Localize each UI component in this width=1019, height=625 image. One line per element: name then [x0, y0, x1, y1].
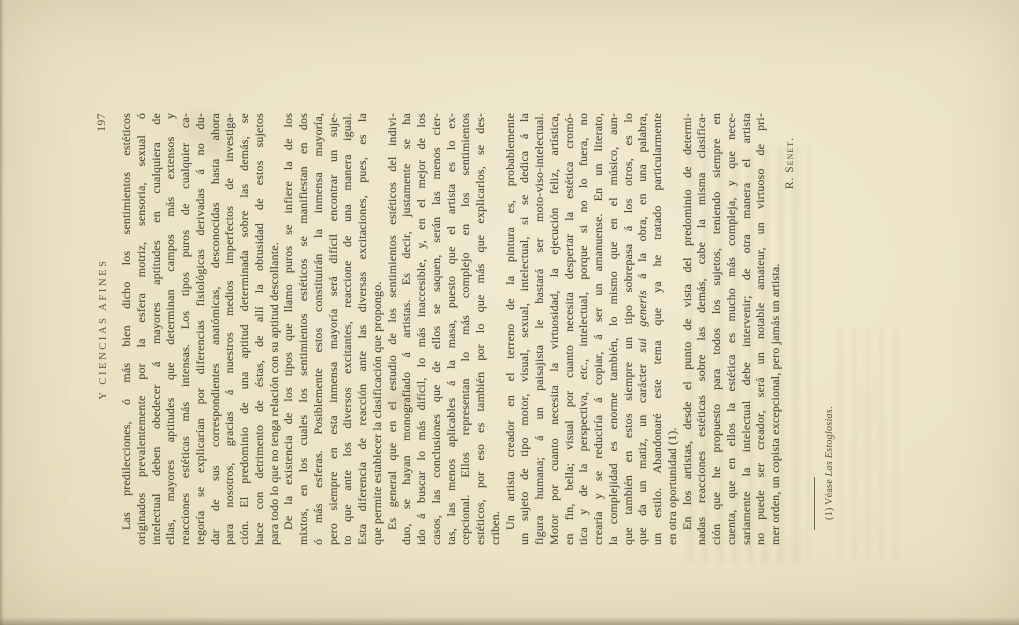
text-line: originados prevalentemente por la esfera… [134, 113, 149, 545]
author-signature: R. Senet. [783, 137, 798, 545]
text-line: mixtos, en los cuales los sentimientos e… [296, 113, 311, 545]
text-line: Es general que en el estudio de los sent… [385, 113, 400, 545]
paragraph: Es general que en el estudio de los sent… [385, 113, 503, 545]
text-line: cepcional. Ellos representan lo más comp… [458, 113, 473, 545]
text-line: figura humana; á un paisajista le bastar… [532, 113, 547, 545]
text-line: en otra oportunidad (1). [665, 113, 680, 545]
text-line: que también en estos siempre un tipo sob… [621, 113, 636, 545]
text-line: ellas, mayores aptitudes que determinan … [163, 113, 178, 545]
text-line: to que ante los diversos excitantes, rea… [340, 113, 355, 545]
text-line: ido á buscar lo más difícil, lo más inac… [414, 113, 429, 545]
text-line: dar de sus correspondientes anatómicas, … [208, 113, 223, 545]
footnote: (1) Véase Las Estoglosias. [824, 113, 836, 520]
paragraph: De la existencia de los tipos que llamo … [281, 113, 384, 545]
running-head-title: Y CIENCIAS AFINES [98, 258, 109, 399]
text-line: no puede ser creador, será un notable am… [753, 113, 768, 545]
page-number: 197 [95, 113, 109, 132]
body-text: Las predilecciones, ó más bien dicho los… [119, 113, 783, 545]
text-line: un sujeto de tipo motor, visual, sexual,… [517, 113, 532, 545]
text-line: sariamente la intelectual debe interveni… [739, 113, 754, 545]
text-line: tica y de la perspectiva, etc., intelect… [576, 113, 591, 545]
text-line: para todo lo que no tenga relación con s… [267, 113, 282, 545]
text-line: que da un matiz, un carácter sui generis… [635, 113, 650, 545]
paragraph: En los artistas, desde el punto de vista… [680, 113, 783, 545]
text-line: criben. [488, 113, 503, 545]
page-rotated-90ccw: Y CIENCIAS AFINES 197 Las predilecciones… [0, 0, 1019, 625]
text-line: duo, se hayan monografiado á artistas. E… [399, 113, 414, 545]
text-line: un estilo. Abandonaré este tema que ya h… [650, 113, 665, 545]
text-line: Un artista creador en el terreno de la p… [503, 113, 518, 545]
text-line: mer orden, un copista excepcional, pero … [768, 113, 783, 545]
text-line: reacciones estéticas más intensas. Los t… [178, 113, 193, 545]
text-line: De la existencia de los tipos que llamo … [281, 113, 296, 545]
text-line: ó más esferas. Posiblemente estos consti… [311, 113, 326, 545]
text-line: ción que he propuesto para todos los suj… [709, 113, 724, 545]
text-line: hace con detrimento de éstas, de allí la… [252, 113, 267, 545]
text-line: cuenta, que en ellos la estética es much… [724, 113, 739, 545]
scan-edge-left [0, 0, 4, 625]
text-line: crearía y se reduciría á copiar, á ser u… [591, 113, 606, 545]
text-line: Motor por cuanto necesita la virtuosidad… [547, 113, 562, 545]
text-line: Esta diferencia de reacción ante las div… [355, 113, 370, 545]
running-head: Y CIENCIAS AFINES 197 [95, 113, 110, 545]
text-line: que permite establecer la clasificación … [370, 113, 385, 545]
text-line: ción. El predominio de una aptitud deter… [237, 113, 252, 545]
text-line: para nosotros, gracias á nuestros medios… [222, 113, 237, 545]
text-line: la complejidad es enorme también, lo mis… [606, 113, 621, 545]
text-line: casos, las conclusiones que de ellos se … [429, 113, 444, 545]
text-line: En los artistas, desde el punto de vista… [680, 113, 695, 545]
text-line: tegoría se explicarían por diferencias f… [193, 113, 208, 545]
text-line: Las predilecciones, ó más bien dicho los… [119, 113, 134, 545]
paragraph: Un artista creador en el terreno de la p… [503, 113, 680, 545]
scanned-book-page: Y CIENCIAS AFINES 197 Las predilecciones… [0, 0, 1019, 625]
text-line: en fin, bella; visual por cuanto necesit… [562, 113, 577, 545]
text-line: pero siempre en esta inmensa mayoría ser… [326, 113, 341, 545]
text-line: nadas reacciones estéticas sobre las dem… [694, 113, 709, 545]
text-line: estéticos, por eso es también por lo que… [473, 113, 488, 545]
paragraph: Las predilecciones, ó más bien dicho los… [119, 113, 281, 545]
footnote-separator-rule [814, 477, 815, 530]
text-line: tas, las menos aplicables á la masa, pue… [444, 113, 459, 545]
text-line: intelectual deben obedecer á mayores apt… [149, 113, 164, 545]
scan-edge-bottom [0, 617, 1019, 625]
